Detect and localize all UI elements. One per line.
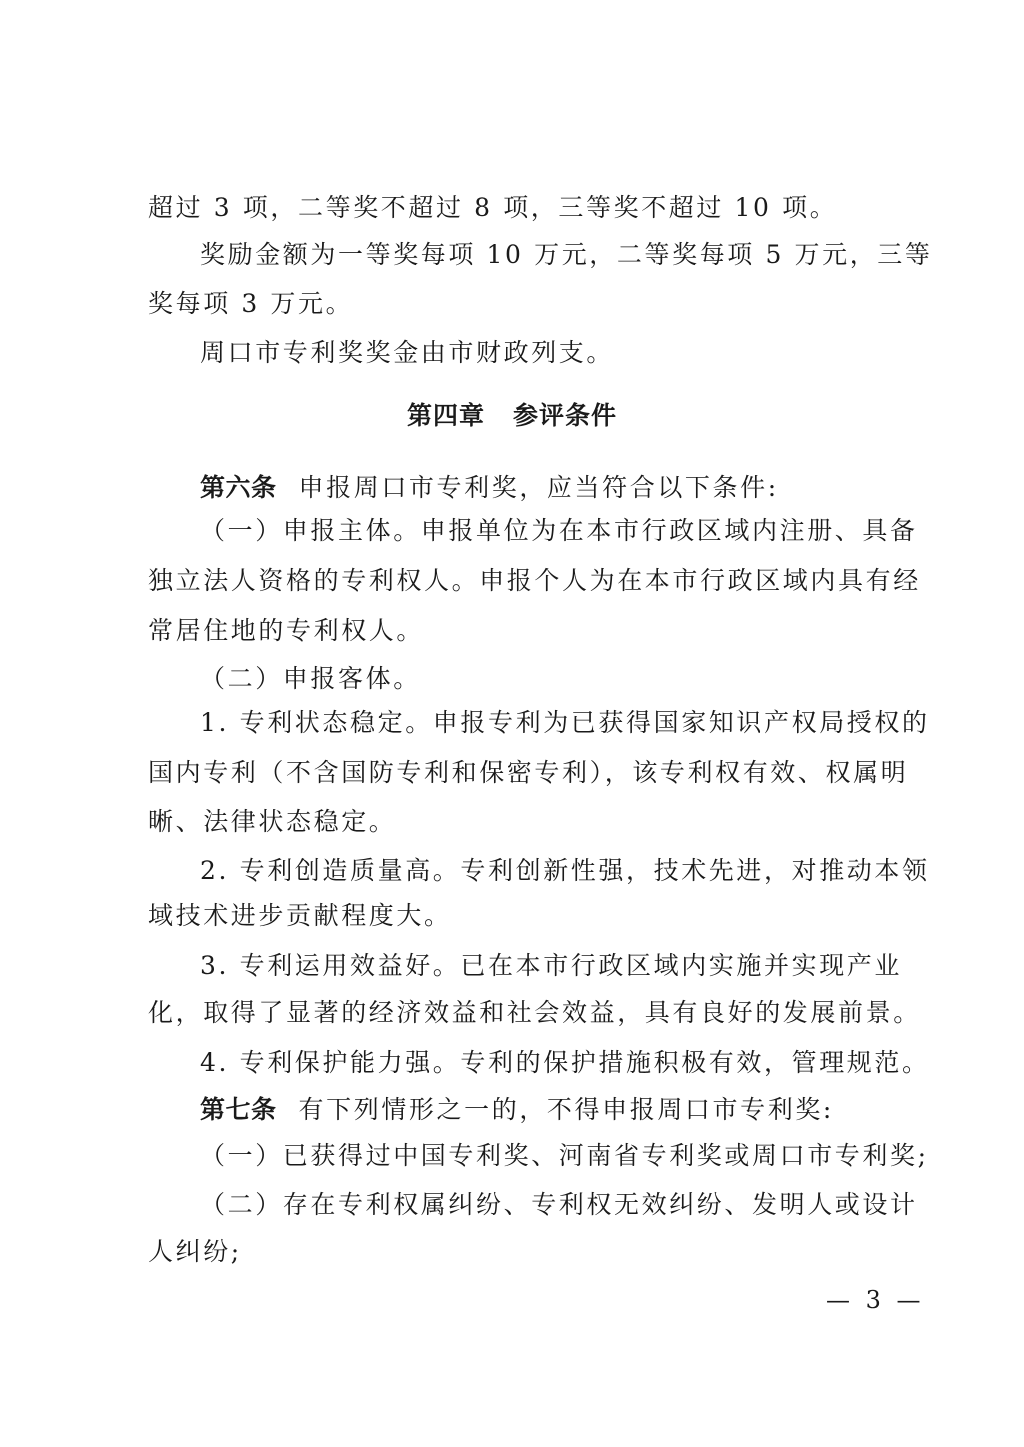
paragraph-line: （二）存在专利权属纠纷、专利权无效纠纷、发明人或设计	[200, 1190, 908, 1220]
paragraph-line: 人纠纷;	[148, 1237, 908, 1267]
page-number: — 3 —	[826, 1285, 925, 1315]
paragraph-line: 化，取得了显著的经济效益和社会效益，具有良好的发展前景。	[148, 998, 908, 1028]
paragraph-line: 3. 专利运用效益好。已在本市行政区域内实施并实现产业	[200, 951, 908, 981]
paragraph-line: 2. 专利创造质量高。专利创新性强，技术先进，对推动本领	[200, 856, 908, 886]
chapter-number: 第四章	[407, 401, 485, 430]
paragraph-line: 4. 专利保护能力强。专利的保护措施积极有效，管理规范。	[200, 1048, 908, 1078]
paragraph-line: 常居住地的专利权人。	[148, 616, 908, 646]
paragraph-line: 奖每项 3 万元。	[148, 289, 908, 319]
article-label: 第六条	[200, 473, 277, 502]
paragraph-line: 独立法人资格的专利权人。申报个人为在本市行政区域内具有经	[148, 566, 908, 596]
paragraph-line: （一）申报主体。申报单位为在本市行政区域内注册、具备	[200, 516, 908, 546]
paragraph-line: 晰、法律状态稳定。	[148, 807, 908, 837]
chapter-heading: 第四章参评条件	[0, 401, 1024, 431]
paragraph-line: 超过 3 项，二等奖不超过 8 项，三等奖不超过 10 项。	[148, 193, 908, 223]
article-6-intro: 第六条申报周口市专利奖，应当符合以下条件:	[200, 473, 908, 503]
paragraph-line: （一）已获得过中国专利奖、河南省专利奖或周口市专利奖;	[200, 1141, 908, 1171]
article-7-intro: 第七条有下列情形之一的，不得申报周口市专利奖:	[200, 1095, 908, 1125]
chapter-title: 参评条件	[513, 401, 617, 430]
article-label: 第七条	[200, 1095, 277, 1124]
article-intro-text: 申报周口市专利奖，应当符合以下条件:	[299, 473, 779, 502]
paragraph-line: 奖励金额为一等奖每项 10 万元，二等奖每项 5 万元，三等	[200, 240, 908, 270]
paragraph-line: 国内专利（不含国防专利和保密专利），该专利权有效、权属明	[148, 758, 908, 788]
paragraph-line: 域技术进步贡献程度大。	[148, 901, 908, 931]
paragraph-line: 周口市专利奖奖金由市财政列支。	[200, 338, 908, 368]
article-intro-text: 有下列情形之一的，不得申报周口市专利奖:	[299, 1095, 834, 1124]
paragraph-line: （二）申报客体。	[200, 664, 908, 694]
paragraph-line: 1. 专利状态稳定。申报专利为已获得国家知识产权局授权的	[200, 708, 908, 738]
document-page: 超过 3 项，二等奖不超过 8 项，三等奖不超过 10 项。 奖励金额为一等奖每…	[0, 0, 1024, 1447]
